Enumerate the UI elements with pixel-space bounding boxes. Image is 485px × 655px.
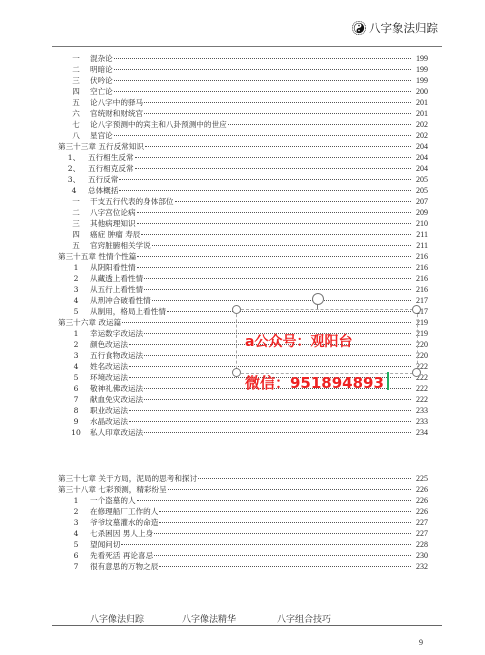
toc-row-number: 4 (68, 528, 84, 539)
toc-row-number: 5 (68, 372, 84, 383)
toc-row-title: 五行反常 (82, 174, 118, 185)
toc-row[interactable]: 7很有意思的万物之辰232 (58, 561, 428, 572)
taiji-icon (352, 21, 366, 35)
toc-row-title: 官窍脏腑相关学说 (84, 240, 151, 251)
dot-leader (198, 478, 411, 479)
toc-row-page: 199 (412, 64, 428, 75)
toc-row-title: 八字宫位论病 (84, 207, 136, 218)
dot-leader (114, 91, 411, 92)
toc-row-page: 227 (412, 528, 428, 539)
toc-chapter-row[interactable]: 第三十五章 性情个性篇216 (58, 251, 428, 262)
toc-row-title: 五行食物改运法 (84, 350, 143, 361)
toc-row[interactable]: 9水晶改运法233 (58, 416, 428, 427)
toc-group-2: 第三十七章 关于方局，泥局的思考和探讨225第三十八章 七彩预测，精彩纷呈226… (58, 473, 428, 572)
toc-row-number: 5 (68, 306, 84, 317)
toc-row-page: 232 (412, 561, 428, 572)
toc-row-title: 敬神礼佛改运法 (84, 383, 143, 394)
toc-row-page: 205 (412, 185, 428, 196)
toc-row[interactable]: 二明暗论199 (58, 64, 428, 75)
toc-row[interactable]: 6先看死活 再论喜忌230 (58, 550, 428, 561)
toc-gap (58, 438, 428, 473)
toc-row-number: 八 (68, 130, 84, 141)
toc-row[interactable]: 4七杀困因 男人上身227 (58, 528, 428, 539)
toc-row-number: 4 (68, 361, 84, 372)
toc-row-title: 五行相克反常 (82, 163, 134, 174)
toc-row-page: 216 (412, 251, 428, 262)
toc-row-page: 201 (412, 108, 428, 119)
dot-leader (135, 168, 411, 169)
toc-row[interactable]: 2从藏透上看性情216 (58, 273, 428, 284)
toc-row-page: 226 (412, 495, 428, 506)
toc-row-number: 2、 (66, 163, 82, 174)
toc-row-number: 1 (68, 495, 84, 506)
text-caret (387, 372, 389, 390)
toc-row-number: 三 (68, 75, 84, 86)
toc-row-page: 205 (412, 174, 428, 185)
toc-row-title: 第三十八章 七彩预测，精彩纷呈 (58, 484, 167, 495)
toc-row-title: 其他病理知识 (84, 218, 136, 229)
toc-row[interactable]: 三其他病理知识210 (58, 218, 428, 229)
toc-row-title: 从五行上看性情 (84, 284, 143, 295)
dot-leader (159, 522, 411, 523)
toc-row-number: 5 (68, 539, 84, 550)
toc-row-page: 216 (412, 262, 428, 273)
toc-row-number: 七 (68, 119, 84, 130)
toc-row-number: 6 (68, 550, 84, 561)
page-footer: 八字像法归踪 八字像法精华 八字组合技巧 (52, 610, 442, 626)
dot-leader (159, 511, 411, 512)
toc-row[interactable]: 3爷爷坟墓灌水的命造227 (58, 517, 428, 528)
toc-row-title: 姓名改运法 (84, 361, 128, 372)
toc-row-page: 209 (412, 207, 428, 218)
toc-row-title: 献血免灾改运法 (84, 394, 143, 405)
dot-leader (135, 157, 411, 158)
dot-leader (152, 300, 411, 301)
toc-row-page: 204 (412, 141, 428, 152)
dot-leader (141, 234, 411, 235)
toc-row[interactable]: 1、五行相生反常204 (58, 152, 428, 163)
toc-row-page: 210 (412, 218, 428, 229)
toc-row-page: 202 (412, 119, 428, 130)
resize-handle-top-right[interactable] (412, 305, 421, 314)
toc-row[interactable]: 8职业改运法233 (58, 405, 428, 416)
dot-leader (159, 566, 411, 567)
dot-leader (114, 80, 411, 81)
dot-leader (114, 69, 411, 70)
toc-row[interactable]: 5望闻问切228 (58, 539, 428, 550)
dot-leader (144, 399, 411, 400)
toc-row-page: 227 (412, 517, 428, 528)
toc-row-number: 4 (66, 185, 82, 196)
toc-row-number: 7 (68, 561, 84, 572)
dot-leader (168, 489, 411, 490)
toc-row-page: 204 (412, 163, 428, 174)
toc-row-title: 第三十七章 关于方局，泥局的思考和探讨 (58, 473, 197, 484)
footer-item: 八字像法精华 (182, 612, 236, 625)
dot-leader (175, 201, 411, 202)
dot-leader (119, 190, 411, 191)
dot-leader (121, 544, 411, 545)
toc-row[interactable]: 五官窍脏腑相关学说211 (58, 240, 428, 251)
toc-row-number: 一 (68, 53, 84, 64)
toc-row-number: 1 (68, 262, 84, 273)
toc-row-title: 水晶改运法 (84, 416, 128, 427)
toc-row-page: 226 (412, 506, 428, 517)
brand-title: 八字象法归踪 (369, 20, 438, 36)
toc-row-title: 很有意思的万物之辰 (84, 561, 158, 572)
toc-row-number: 二 (68, 64, 84, 75)
toc-row-title: 颜色改运法 (84, 339, 128, 350)
toc-row-number: 二 (68, 207, 84, 218)
dot-leader (137, 500, 411, 501)
toc-row-title: 官统财和财统官 (84, 108, 143, 119)
toc-row-title: 总体概括 (82, 185, 118, 196)
brand: 八字象法归踪 (352, 20, 438, 36)
dot-leader (129, 421, 411, 422)
toc-row-title: 爷爷坟墓灌水的命造 (84, 517, 158, 528)
toc-row-page: 201 (412, 97, 428, 108)
toc-row-title: 幸运数字改运法 (84, 328, 143, 339)
toc-row-page: 233 (412, 416, 428, 427)
footer-item: 八字组合技巧 (277, 612, 331, 625)
toc-row-page: 211 (412, 240, 428, 251)
toc-row-number: 四 (68, 229, 84, 240)
dot-leader (129, 410, 411, 411)
toc-chapter-row[interactable]: 第三十三章 五行反常知识204 (58, 141, 428, 152)
page-header: 八字象法归踪 (52, 0, 442, 47)
toc-row-number: 1、 (66, 152, 82, 163)
toc-row-page: 228 (412, 539, 428, 550)
resize-handle-bottom-right[interactable] (412, 368, 421, 377)
dot-leader (144, 113, 411, 114)
toc-row[interactable]: 4从刑冲合破看性情217 (58, 295, 428, 306)
toc-row-title: 从阴阳看性情 (84, 262, 136, 273)
toc-row-title: 第三十三章 五行反常知识 (58, 141, 144, 152)
toc-row-title: 混杂论 (84, 53, 113, 64)
toc-row[interactable]: 一混杂论199 (58, 53, 428, 64)
toc-row-page: 226 (412, 484, 428, 495)
toc-row[interactable]: 1一个盗墓的人226 (58, 495, 428, 506)
toc-row-number: 一 (68, 196, 84, 207)
toc-row-number: 6 (68, 383, 84, 394)
toc-row[interactable]: 四空亡论200 (58, 86, 428, 97)
toc-row-page: 204 (412, 152, 428, 163)
toc-row[interactable]: 1从阴阳看性情216 (58, 262, 428, 273)
dot-leader (144, 102, 411, 103)
toc-row[interactable]: 7献血免灾改运法222 (58, 394, 428, 405)
watermark-official-account[interactable]: a公众号：观阳台 (245, 331, 352, 351)
toc-row-page: 216 (412, 284, 428, 295)
toc-row-page: 199 (412, 53, 428, 64)
toc-row-page: 199 (412, 75, 428, 86)
toc-row[interactable]: 2在修理船厂工作的人226 (58, 506, 428, 517)
toc-row[interactable]: 4总体概括205 (58, 185, 428, 196)
toc-row-page: 225 (412, 473, 428, 484)
toc-row-number: 3 (68, 284, 84, 295)
toc-row-number: 1 (68, 328, 84, 339)
toc-row-title: 从刑冲合破看性情 (84, 295, 151, 306)
resize-handle-top-left[interactable] (232, 305, 241, 314)
toc-row-number: 3 (68, 517, 84, 528)
toc-row[interactable]: 四癌症 肿瘤 寿辰211 (58, 229, 428, 240)
toc-row-number: 3 (68, 350, 84, 361)
toc-row[interactable]: 六官统财和财统官201 (58, 108, 428, 119)
dot-leader (119, 179, 411, 180)
toc-row-number: 2 (68, 273, 84, 284)
toc-chapter-row[interactable]: 第三十七章 关于方局，泥局的思考和探讨225 (58, 473, 428, 484)
toc-row-page: 211 (412, 229, 428, 240)
dot-leader (144, 278, 411, 279)
rotate-handle[interactable] (312, 293, 324, 305)
toc-row-title: 论八字预测中的宾主和八卦预测中的世应 (84, 119, 227, 130)
toc-row-title: 一个盗墓的人 (84, 495, 136, 506)
toc-row-title: 五行相生反常 (82, 152, 134, 163)
toc-row-number: 8 (68, 405, 84, 416)
toc-row-page: 216 (412, 273, 428, 284)
toc-row-number: 9 (68, 416, 84, 427)
toc-row[interactable]: 一干支五行代表的身体部位207 (58, 196, 428, 207)
toc-row[interactable]: 三伏吟论199 (58, 75, 428, 86)
dot-leader (144, 432, 411, 433)
toc-row-title: 环境改运法 (84, 372, 128, 383)
toc-row-number: 五 (68, 240, 84, 251)
watermark-wechat[interactable]: 微信：951894893 (245, 372, 384, 393)
toc-row-title: 论八字中的驿马 (84, 97, 143, 108)
toc-row-title: 从制用，格局上看性情 (84, 306, 166, 317)
toc-row-number: 五 (68, 97, 84, 108)
toc-row[interactable]: 五论八字中的驿马201 (58, 97, 428, 108)
toc-row[interactable]: 10私人印章改运法234 (58, 427, 428, 438)
toc-chapter-row[interactable]: 第三十八章 七彩预测，精彩纷呈226 (58, 484, 428, 495)
toc-row-number: 10 (68, 427, 84, 438)
toc-row-title: 伏吟论 (84, 75, 113, 86)
toc-row[interactable]: 八星宫论202 (58, 130, 428, 141)
toc-row[interactable]: 2、五行相克反常204 (58, 163, 428, 174)
resize-handle-bottom-left[interactable] (232, 368, 241, 377)
toc-row-page: 202 (412, 130, 428, 141)
toc-row-number: 四 (68, 86, 84, 97)
dot-leader (154, 555, 411, 556)
toc-row-page: 207 (412, 196, 428, 207)
toc-row-title: 职业改运法 (84, 405, 128, 416)
toc-row-title: 望闻问切 (84, 539, 120, 550)
dot-leader (154, 533, 411, 534)
dot-leader (144, 289, 411, 290)
toc-row-title: 在修理船厂工作的人 (84, 506, 158, 517)
toc-row-title: 星宫论 (84, 130, 113, 141)
toc-row-number: 7 (68, 394, 84, 405)
dot-leader (152, 245, 411, 246)
dot-leader (137, 256, 411, 257)
toc-row-title: 第三十六章 改运篇 (58, 317, 121, 328)
toc-row-title: 第三十五章 性情个性篇 (58, 251, 136, 262)
toc-row-number: 3、 (66, 174, 82, 185)
dot-leader (145, 146, 411, 147)
toc-row-title: 七杀困因 男人上身 (84, 528, 153, 539)
toc-row-title: 私人印章改运法 (84, 427, 143, 438)
dot-leader (137, 223, 411, 224)
dot-leader (137, 212, 411, 213)
toc-row-page: 222 (412, 383, 428, 394)
toc-row-number: 4 (68, 295, 84, 306)
toc-row-page: 233 (412, 405, 428, 416)
toc-row-number: 三 (68, 218, 84, 229)
toc-row-number: 2 (68, 339, 84, 350)
toc-row-title: 干支五行代表的身体部位 (84, 196, 174, 207)
toc-row-number: 六 (68, 108, 84, 119)
toc-row-title: 明暗论 (84, 64, 113, 75)
toc-row-title: 空亡论 (84, 86, 113, 97)
dot-leader (137, 267, 411, 268)
toc-row[interactable]: 3从五行上看性情216 (58, 284, 428, 295)
toc-row-page: 200 (412, 86, 428, 97)
toc-row[interactable]: 七论八字预测中的宾主和八卦预测中的世应202 (58, 119, 428, 130)
toc-row-page: 230 (412, 550, 428, 561)
footer-item: 八字像法归踪 (90, 612, 144, 625)
toc-row-page: 222 (412, 394, 428, 405)
toc-row[interactable]: 二八字宫位论病209 (58, 207, 428, 218)
toc-row[interactable]: 3、五行反常205 (58, 174, 428, 185)
toc-row-number: 2 (68, 506, 84, 517)
dot-leader (114, 135, 411, 136)
toc-row-page: 234 (412, 427, 428, 438)
toc-row-title: 癌症 肿瘤 寿辰 (84, 229, 140, 240)
toc-row-title: 先看死活 再论喜忌 (84, 550, 153, 561)
dot-leader (228, 124, 411, 125)
page-number: 9 (419, 638, 423, 647)
dot-leader (114, 58, 411, 59)
toc-row-title: 从藏透上看性情 (84, 273, 143, 284)
